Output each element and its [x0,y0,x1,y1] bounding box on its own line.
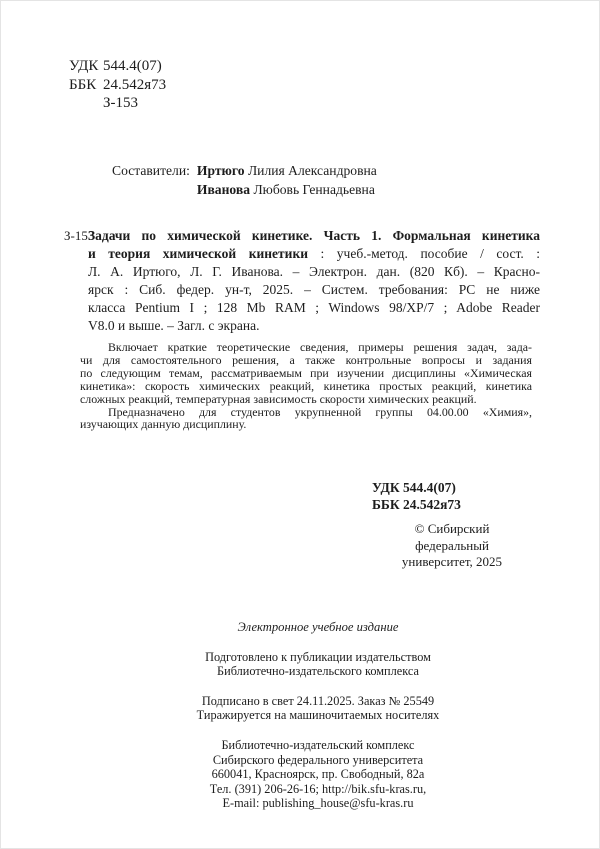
publisher-email: E-mail: publishing_house@sfu-kras.ru [36,796,600,811]
catalog-title-part: и теория химической кинетики [88,246,308,261]
udc-label: УДК [69,57,103,76]
annotation-line: сложных реакций, температурная зависимос… [80,393,532,406]
catalog-line: Задачи по химической кинетике. Часть 1. … [88,227,540,245]
publisher-address: 660041, Красноярск, пр. Свободный, 82а [36,767,600,782]
bbk-value: 24.542я73 [403,496,461,513]
compiler-given: Любовь Геннадьевна [253,182,374,197]
compilers-names: Иртюго Лилия Александровна Иванова Любов… [197,162,377,199]
codes-right-block: УДК 544.4(07) ББК 24.542я73 [372,479,461,513]
catalog-line: ярск : Сиб. федер. ун-т, 2025. – Систем.… [88,281,540,299]
catalog-entry: З-153 Задачи по химической кинетике. Час… [88,227,540,334]
compilers-label: Составители: [112,162,190,199]
edition-type-note: Электронное учебное издание [36,620,600,635]
imprint-column: Электронное учебное издание Подготовлено… [36,620,600,811]
imprint-line: Тиражируется на машиночитаемых носителях [36,708,600,723]
annotation-block: Включает краткие теоретические сведения,… [80,341,532,431]
publisher-phone-website: Тел. (391) 206-26-16; http://bik.sfu-kra… [36,782,600,797]
annotation-line: изучающих данную дисциплину. [80,418,532,431]
udc-value: 544.4(07) [403,479,461,496]
catalog-line: Л. А. Иртюго, Л. Г. Иванова. – Электрон.… [88,263,540,281]
catalog-title-part: Задачи по химической кинетике. Часть 1. … [88,228,540,243]
annotation-line: кинетика»: скорость химических реакций, … [80,380,532,393]
author-sign: З-153 [103,94,166,113]
compiler-given: Лилия Александровна [248,163,377,178]
annotation-line: по следующим темам, рассматриваемым при … [80,367,532,380]
annotation-line: Включает краткие теоретические сведения,… [80,341,532,354]
compilers-block: Составители: Иртюго Лилия Александровна … [112,162,377,199]
publisher-contact-block: Библиотечно-издательский комплекс Сибирс… [36,738,600,811]
imprint-prepared: Подготовлено к публикации издательством … [36,650,600,679]
author-sign-spacer [69,94,103,113]
catalog-line: и теория химической кинетики : учеб.-мет… [88,245,540,263]
bbk-label: ББК [372,496,403,513]
annotation-line: чи для самостоятельного решения, а также… [80,354,532,367]
catalog-line: класса Pentium I ; 128 Mb RAM ; Windows … [88,299,540,317]
imprint-line: Подписано в свет 24.11.2025. Заказ № 255… [36,694,600,709]
udc-value: 544.4(07) [103,57,166,76]
catalog-text-part: : учеб.-метод. пособие / сост. : [308,246,540,261]
copyright-line: университет, 2025 [377,554,527,571]
catalog-code: З-153 [64,227,94,245]
copyright-notice: © Сибирский федеральный университет, 202… [377,521,527,571]
imprint-line: Библиотечно-издательского комплекса [36,664,600,679]
bbk-label: ББК [69,76,103,95]
compiler-surname: Иртюго [197,163,245,178]
bbk-value: 24.542я73 [103,76,166,95]
compiler-name-line: Иванова Любовь Геннадьевна [197,181,377,200]
catalog-line: V8.0 и выше. – Загл. с экрана. [88,317,540,335]
publisher-line: Библиотечно-издательский комплекс [36,738,600,753]
udc-label: УДК [372,479,403,496]
imprint-line: Подготовлено к публикации издательством [36,650,600,665]
copyright-line: © Сибирский федеральный [377,521,527,554]
compiler-surname: Иванова [197,182,250,197]
publisher-line: Сибирского федерального университета [36,753,600,768]
imprint-order-info: Подписано в свет 24.11.2025. Заказ № 255… [36,694,600,723]
compiler-name-line: Иртюго Лилия Александровна [197,162,377,181]
top-codes-block: УДК 544.4(07) ББК 24.542я73 З-153 [69,57,166,113]
